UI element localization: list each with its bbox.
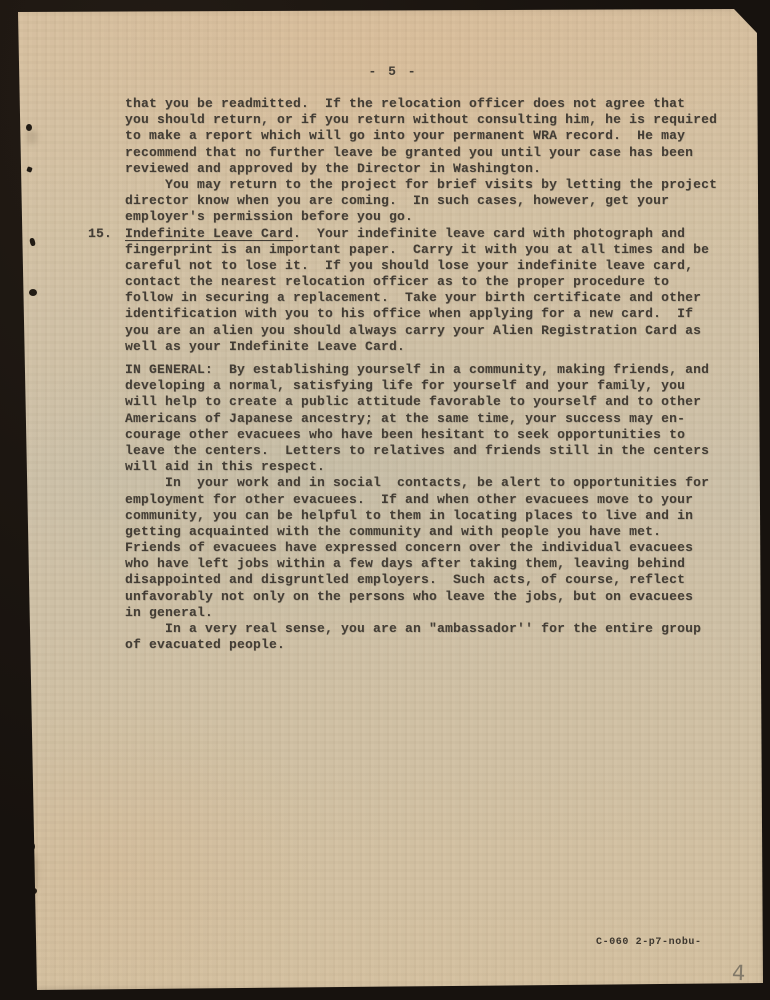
- scanned-page: - 5 - that you be readmitted. If the rel…: [0, 0, 770, 1000]
- handwritten-page-number: 4: [732, 961, 746, 985]
- text-line: reviewed and approved by the Director in…: [125, 161, 725, 177]
- text-line: you should return, or if you return with…: [125, 112, 725, 128]
- text-line: leave the centers. Letters to relatives …: [125, 443, 725, 459]
- text-line: Friends of evacuees have expressed conce…: [125, 540, 725, 556]
- item15-number: 15.: [88, 226, 112, 242]
- text-line: recommend that no further leave be grant…: [125, 145, 725, 161]
- text-line: You may return to the project for brief …: [125, 177, 725, 193]
- text-line: you are an alien you should always carry…: [125, 323, 725, 339]
- paper-sheet: - 5 - that you be readmitted. If the rel…: [0, 0, 770, 1000]
- page-number: - 5 -: [358, 64, 428, 79]
- paragraph-gap: [125, 355, 725, 362]
- text-line: who have left jobs within a few days aft…: [125, 556, 725, 572]
- scan-smudge: [30, 855, 38, 889]
- item15-first-line: 15.Indefinite Leave Card. Your indefinit…: [125, 226, 725, 242]
- text-line: to make a report which will go into your…: [125, 128, 725, 144]
- paragraph-readmission: that you be readmitted. If the relocatio…: [125, 96, 725, 226]
- item15-heading-continuation: . Your indefinite leave card with photog…: [293, 226, 685, 241]
- binder-hole-mark: [29, 237, 36, 246]
- text-line: In a very real sense, you are an "ambass…: [125, 621, 725, 637]
- text-line: careful not to lose it. If you should lo…: [125, 258, 725, 274]
- text-line: identification with you to his office wh…: [125, 306, 725, 322]
- binder-hole-mark: [31, 843, 35, 850]
- text-line: contact the nearest relocation officer a…: [125, 274, 725, 290]
- item15-heading: Indefinite Leave Card: [125, 226, 293, 241]
- text-line: director know when you are coming. In su…: [125, 193, 725, 209]
- text-line: employment for other evacuees. If and wh…: [125, 492, 725, 508]
- text-line: employer's permission before you go.: [125, 209, 725, 225]
- scan-smudge: [27, 130, 37, 144]
- text-line: of evacuated people.: [125, 637, 725, 653]
- text-line: community, you can be helpful to them in…: [125, 508, 725, 524]
- binder-hole-mark: [29, 289, 37, 296]
- text-line: Americans of Japanese ancestry; at the s…: [125, 411, 725, 427]
- text-line: developing a normal, satisfying life for…: [125, 378, 725, 394]
- section-in-general: IN GENERAL: By establishing yourself in …: [125, 362, 725, 653]
- text-line: IN GENERAL: By establishing yourself in …: [125, 362, 725, 378]
- text-line: disappointed and disgruntled employers. …: [125, 572, 725, 588]
- text-line: will aid in this respect.: [125, 459, 725, 475]
- text-line: fingerprint is an important paper. Carry…: [125, 242, 725, 258]
- footer-code: C-060 2-p7-nobu-: [596, 937, 702, 948]
- binder-hole-mark: [31, 888, 37, 894]
- document-body: that you be readmitted. If the relocatio…: [125, 96, 725, 653]
- text-line: getting acquainted with the community an…: [125, 524, 725, 540]
- text-line: courage other evacuees who have been hes…: [125, 427, 725, 443]
- text-line: well as your Indefinite Leave Card.: [125, 339, 725, 355]
- text-line: In your work and in social contacts, be …: [125, 475, 725, 491]
- item15-body: fingerprint is an important paper. Carry…: [125, 242, 725, 355]
- text-line: in general.: [125, 605, 725, 621]
- binder-hole-mark: [9, 521, 16, 525]
- text-line: follow in securing a replacement. Take y…: [125, 290, 725, 306]
- text-line: unfavorably not only on the persons who …: [125, 589, 725, 605]
- text-line: will help to create a public attitude fa…: [125, 394, 725, 410]
- text-line: that you be readmitted. If the relocatio…: [125, 96, 725, 112]
- section-indefinite-leave-card: 15.Indefinite Leave Card. Your indefinit…: [125, 226, 725, 356]
- binder-hole-mark: [26, 166, 32, 172]
